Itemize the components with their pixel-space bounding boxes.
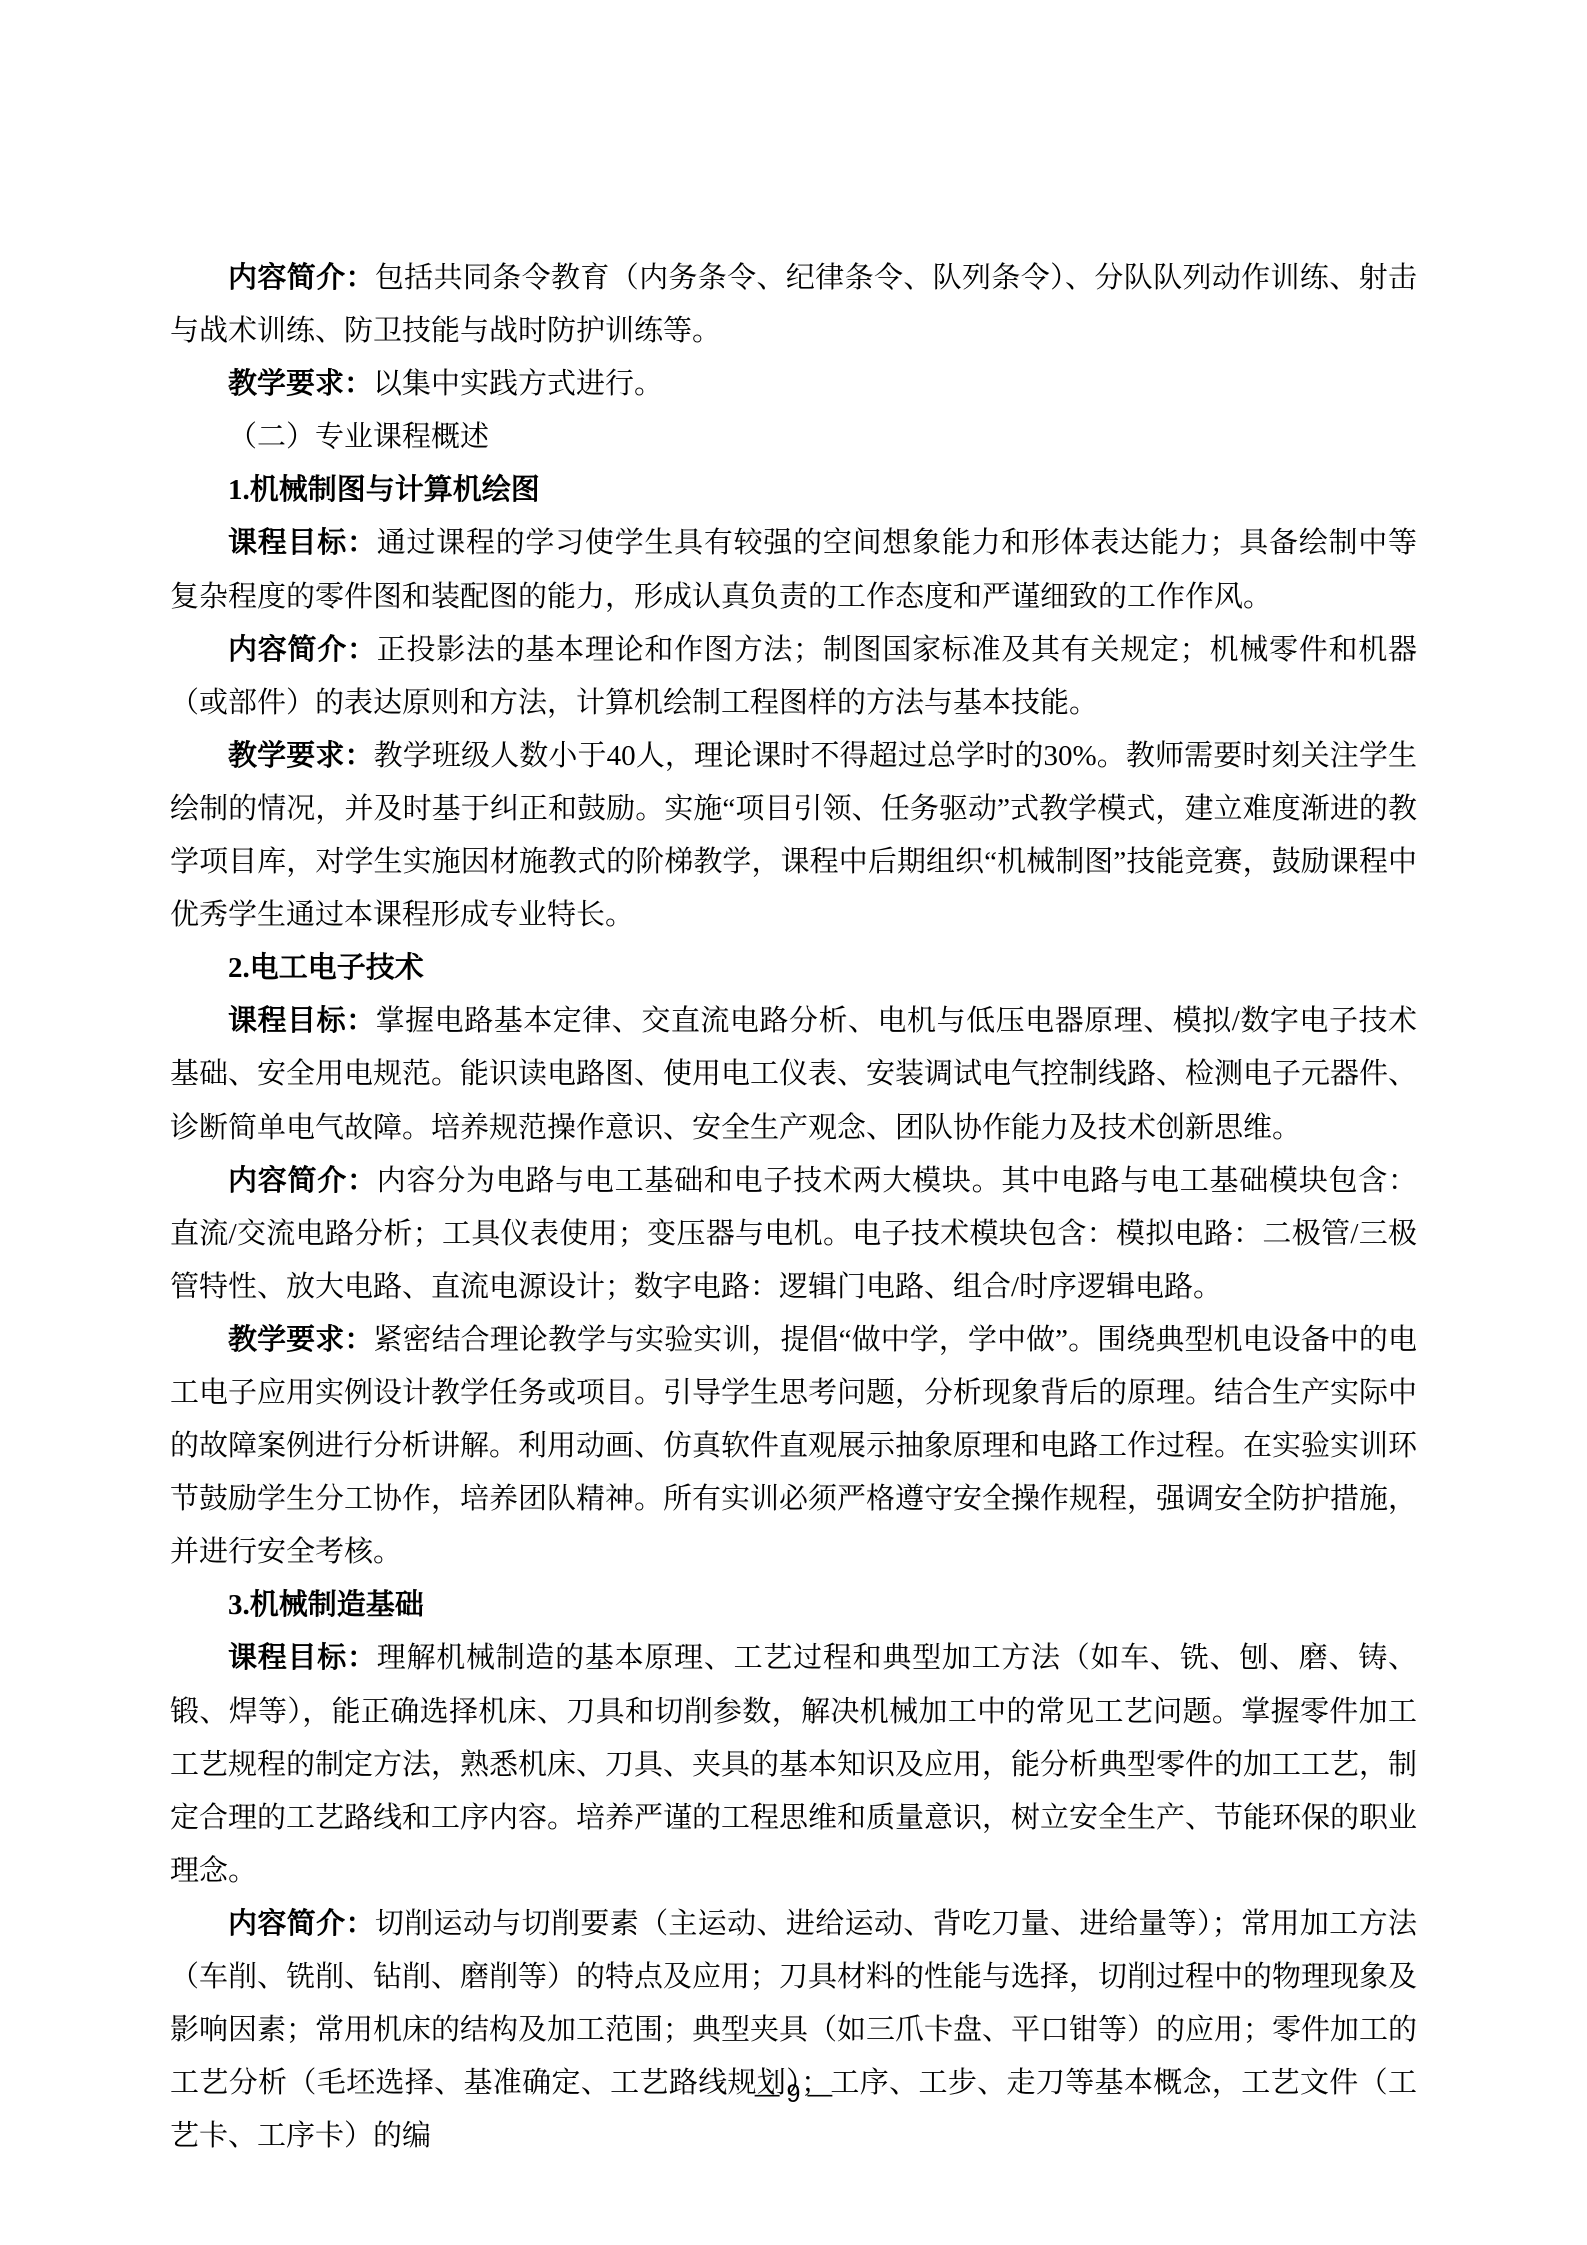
paragraph-military-teaching-req: 教学要求：以集中实践方式进行。 [170, 358, 1417, 411]
paragraph-label: 课程目标： [228, 1005, 376, 1037]
paragraph-manufacturing-goal: 课程目标：理解机械制造的基本原理、工艺过程和典型加工方法（如车、铣、刨、磨、铸、… [170, 1632, 1417, 1897]
paragraph-label: 课程目标： [228, 527, 377, 559]
paragraph-label: 课程目标： [228, 1642, 377, 1674]
course-heading-text: 1.机械制图与计算机绘图 [228, 474, 540, 506]
section-heading-text: （二）专业课程概述 [228, 421, 489, 453]
paragraph-electrical-teaching-req: 教学要求：紧密结合理论教学与实验实训，提倡“做中学，学中做”。围绕典型机电设备中… [170, 1314, 1417, 1579]
paragraph-text: 紧密结合理论教学与实验实训，提倡“做中学，学中做”。围绕典型机电设备中的电工电子… [170, 1324, 1417, 1568]
course-heading-text: 3.机械制造基础 [228, 1589, 424, 1621]
paragraph-manufacturing-content: 内容简介：切削运动与切削要素（主运动、进给运动、背吃刀量、进给量等）；常用加工方… [170, 1898, 1417, 2163]
paragraph-label: 教学要求： [228, 740, 374, 772]
course-heading-text: 2.电工电子技术 [228, 952, 424, 984]
paragraph-electrical-content: 内容简介：内容分为电路与电工基础和电子技术两大模块。其中电路与电工基础模块包含：… [170, 1155, 1417, 1314]
paragraph-label: 内容简介： [228, 262, 375, 294]
course-heading-electrical-electronics: 2.电工电子技术 [170, 942, 1417, 995]
paragraph-label: 内容简介： [228, 634, 377, 666]
paragraph-text: 切削运动与切削要素（主运动、进给运动、背吃刀量、进给量等）；常用加工方法（车削、… [170, 1908, 1417, 2152]
paragraph-electrical-goal: 课程目标：掌握电路基本定律、交直流电路分析、电机与低压电器原理、模拟/数字电子技… [170, 995, 1417, 1154]
document-body: 内容简介：包括共同条令教育（内务条令、纪律条令、队列条令）、分队队列动作训练、射… [170, 252, 1417, 2163]
paragraph-text: 以集中实践方式进行。 [373, 368, 663, 400]
page-number: — 9 — [0, 2078, 1587, 2110]
paragraph-military-content-intro: 内容简介：包括共同条令教育（内务条令、纪律条令、队列条令）、分队队列动作训练、射… [170, 252, 1417, 358]
section-heading-professional-courses: （二）专业课程概述 [170, 411, 1417, 464]
course-heading-mechanical-drawing: 1.机械制图与计算机绘图 [170, 464, 1417, 517]
paragraph-label: 教学要求： [228, 368, 373, 400]
paragraph-label: 内容简介： [228, 1165, 377, 1197]
paragraph-label: 教学要求： [228, 1324, 373, 1356]
document-page: 内容简介：包括共同条令教育（内务条令、纪律条令、队列条令）、分队队列动作训练、射… [0, 0, 1587, 2245]
paragraph-drawing-goal: 课程目标：通过课程的学习使学生具有较强的空间想象能力和形体表达能力；具备绘制中等… [170, 517, 1417, 623]
paragraph-drawing-teaching-req: 教学要求：教学班级人数小于40人，理论课时不得超过总学时的30%。教师需要时刻关… [170, 730, 1417, 942]
paragraph-text: 理解机械制造的基本原理、工艺过程和典型加工方法（如车、铣、刨、磨、铸、锻、焊等）… [170, 1642, 1417, 1886]
paragraph-label: 内容简介： [228, 1908, 375, 1940]
course-heading-mechanical-manufacturing: 3.机械制造基础 [170, 1579, 1417, 1632]
paragraph-drawing-content: 内容简介：正投影法的基本理论和作图方法；制图国家标准及其有关规定；机械零件和机器… [170, 624, 1417, 730]
